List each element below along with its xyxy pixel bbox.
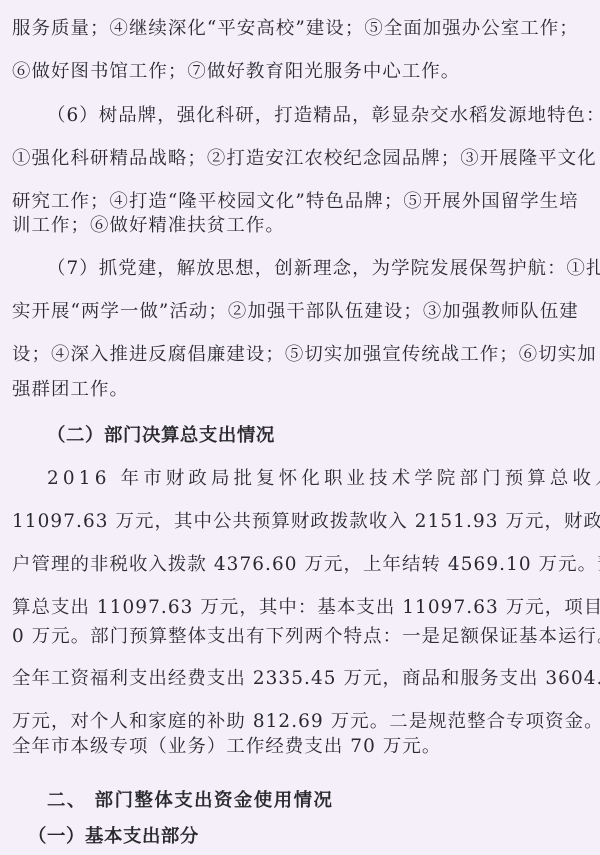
text-line: 实开展“两学一做”活动；②加强干部队伍建设；③加强教师队伍建 xyxy=(12,300,579,324)
text-line: 11097.63 万元，其中公共预算财政拨款收入 2151.93 万元，财政专 xyxy=(12,510,600,534)
text-line: 研究工作；④打造“隆平校园文化”特色品牌；⑤开展外国留学生培 xyxy=(12,190,579,214)
text-line: 服务质量；④继续深化“平安高校”建设；⑤全面加强办公室工作； xyxy=(12,17,579,41)
text-line: ①强化科研精品战略；②打造安江农校纪念园品牌；③开展隆平文化 xyxy=(12,147,597,171)
subsection-heading-basic-expenditure: （一）基本支出部分 xyxy=(28,825,199,849)
section-heading-fund-usage: 二、 部门整体支出资金使用情况 xyxy=(47,789,333,813)
paragraph-7-heading: （7）抓党建，解放思想，创新理念，为学院发展保驾护航：①扎 xyxy=(47,257,600,281)
text-line: 万元，对个人和家庭的补助 812.69 万元。二是规范整合专项资金。 xyxy=(12,710,600,734)
text-line: 强群团工作。 xyxy=(12,378,129,402)
text-line: 2016 年市财政局批复怀化职业技术学院部门预算总收入 xyxy=(47,467,600,491)
document-page: 服务质量；④继续深化“平安高校”建设；⑤全面加强办公室工作； ⑥做好图书馆工作；… xyxy=(0,0,600,855)
text-line: ⑥做好图书馆工作；⑦做好教育阳光服务中心工作。 xyxy=(12,60,460,84)
text-line: 0 万元。部门预算整体支出有下列两个特点：一是足额保证基本运行。 xyxy=(12,625,600,649)
section-heading-total-expenditure: （二）部门决算总支出情况 xyxy=(47,424,275,448)
text-line: 训工作；⑥做好精准扶贫工作。 xyxy=(12,214,285,238)
text-line: 户管理的非税收入拨款 4376.60 万元，上年结转 4569.10 万元。预 xyxy=(12,553,600,577)
text-line: 设；④深入推进反腐倡廉建设；⑤切实加强宣传统战工作；⑥切实加 xyxy=(12,343,597,367)
text-line: 全年市本级专项（业务）工作经费支出 70 万元。 xyxy=(12,735,441,759)
text-line: 全年工资福利支出经费支出 2335.45 万元，商品和服务支出 3604.58 xyxy=(12,667,600,691)
text-line: 算总支出 11097.63 万元，其中：基本支出 11097.63 万元，项目支… xyxy=(12,596,600,620)
paragraph-6-heading: （6）树品牌，强化科研，打造精品，彰显杂交水稻发源地特色： xyxy=(47,104,600,128)
